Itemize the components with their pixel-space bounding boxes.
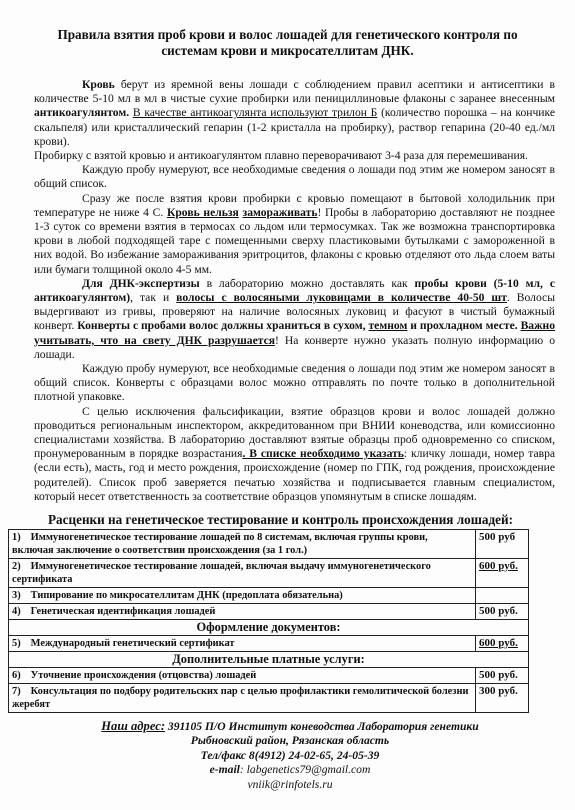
paragraph-falsification: С целью исключения фальсификации, взятие… <box>34 405 555 504</box>
service-cell: 7)Консультация по подбору родительских п… <box>9 684 476 713</box>
email-link-2[interactable]: vniik@rinfotels.ru <box>60 778 520 792</box>
service-number: 4) <box>12 606 21 617</box>
bold-underlined-text: замораживать <box>243 206 318 219</box>
service-name: Уточнение происхождения (отцовства) лоша… <box>31 670 257 681</box>
price-value: 600 руб. <box>479 637 518 649</box>
price-row: 7)Консультация по подбору родительских п… <box>9 684 529 713</box>
service-number: 1) <box>12 532 21 543</box>
document-body: Кровь берут из яремной вены лошади с соб… <box>34 78 555 504</box>
service-number: 6) <box>12 670 21 681</box>
paragraph-numbering: Каждую пробу нумеруют, все необходимые с… <box>34 163 555 191</box>
paragraph-dna: Для ДНК-экспертизы в лабораторию можно д… <box>34 277 555 362</box>
section-row: Дополнительные платные услуги: <box>9 652 529 668</box>
bold-underlined-text: волосы с волосяными луковицами в количес… <box>176 291 507 304</box>
bold-underlined-text: . В списке необходимо указать <box>242 447 403 460</box>
price-cell: 300 руб. <box>476 684 529 713</box>
price-row: 5)Международный генетический сертификат6… <box>9 636 529 652</box>
price-value: 300 руб. <box>479 685 518 697</box>
address-email-line: e-mail: labgenetics79@gmail.com <box>60 763 520 777</box>
service-name: Генетическая идентификация лошадей <box>31 606 216 617</box>
price-cell: 500 руб. <box>476 668 529 684</box>
section-heading: Оформление документов: <box>9 620 529 636</box>
price-cell <box>476 588 529 604</box>
service-cell: 4)Генетическая идентификация лошадей <box>9 604 476 620</box>
document-title: Правила взятия проб крови и волос лошаде… <box>20 27 555 59</box>
service-number: 3) <box>12 590 21 601</box>
bold-text: антикоагулянтом. <box>34 106 129 119</box>
paragraph-blood-collection: Кровь берут из яремной вены лошади с соб… <box>34 78 555 149</box>
address-label: Наш адрес: <box>101 719 165 733</box>
prices-table: 1)Иммуногенетическое тестирование лошаде… <box>8 529 529 713</box>
price-row: 3)Типирование по микросателлитам ДНК (пр… <box>9 588 529 604</box>
service-number: 7) <box>12 686 21 697</box>
text: в лабораторию можно доставлять как <box>200 277 415 290</box>
email-label: e-mail <box>210 763 240 776</box>
price-cell: 600 руб. <box>476 636 529 652</box>
bold-text: Для ДНК-экспертизы <box>82 277 200 290</box>
title-line-2: системам крови и микросателлитам ДНК. <box>20 43 555 59</box>
text: , так и <box>130 291 176 304</box>
paragraph-mixing: Пробирку с взятой кровью и антикоагулянт… <box>34 149 555 163</box>
address-text: 391105 П/О Институт коневодства Лаборато… <box>165 720 479 733</box>
document-page: Правила взятия проб крови и волос лошаде… <box>0 0 575 810</box>
paragraph-storage: Сразу же после взятия крови пробирки с к… <box>34 192 555 277</box>
price-cell: 600 руб. <box>476 559 529 588</box>
section-heading: Дополнительные платные услуги: <box>9 652 529 668</box>
price-row: 4)Генетическая идентификация лошадей500 … <box>9 604 529 620</box>
service-number: 2) <box>12 561 21 572</box>
underlined-text: В качестве антикоагулянта используют три… <box>133 106 377 119</box>
price-value: 500 руб. <box>479 669 518 681</box>
address-phone: Тел/факс 8(4912) 24-02-65, 24-05-39 <box>60 749 520 763</box>
bold-underlined-text: Кровь нельзя <box>167 206 239 219</box>
price-value: 600 руб. <box>479 560 518 572</box>
bold-text: и прохладном месте. <box>407 319 520 332</box>
service-number: 5) <box>12 638 21 649</box>
price-cell: 500 руб <box>476 530 529 559</box>
section-row: Оформление документов: <box>9 620 529 636</box>
price-row: 2)Иммуногенетическое тестирование лошаде… <box>9 559 529 588</box>
service-cell: 6)Уточнение происхождения (отцовства) ло… <box>9 668 476 684</box>
price-row: 6)Уточнение происхождения (отцовства) ло… <box>9 668 529 684</box>
prices-title: Расценки на генетическое тестирование и … <box>48 512 568 528</box>
service-cell: 5)Международный генетический сертификат <box>9 636 476 652</box>
paragraph-envelopes: Каждую пробу нумеруют, все необходимые с… <box>34 362 555 405</box>
title-line-1: Правила взятия проб крови и волос лошаде… <box>20 27 555 43</box>
address-line-1: Наш адрес: 391105 П/О Институт коневодст… <box>60 719 520 734</box>
service-cell: 2)Иммуногенетическое тестирование лошаде… <box>9 559 476 588</box>
price-cell: 500 руб. <box>476 604 529 620</box>
service-name: Консультация по подбору родительских пар… <box>12 686 468 710</box>
service-cell: 1)Иммуногенетическое тестирование лошаде… <box>9 530 476 559</box>
service-name: Типирование по микросателлитам ДНК (пред… <box>31 590 343 601</box>
address-line-2: Рыбновский район, Рязанская область <box>60 734 520 748</box>
price-value: 500 руб. <box>479 605 518 617</box>
bold-text: Кровь <box>82 78 115 91</box>
price-row: 1)Иммуногенетическое тестирование лошаде… <box>9 530 529 559</box>
email-link-1[interactable]: labgenetics79@gmail.com <box>247 763 371 776</box>
service-name: Иммуногенетическое тестирование лошадей … <box>12 532 428 556</box>
service-name: Иммуногенетическое тестирование лошадей,… <box>12 561 431 585</box>
service-name: Международный генетический сертификат <box>31 638 235 649</box>
price-value: 500 руб <box>479 531 515 543</box>
bold-text: Конверты с пробами волос должны хранитьс… <box>77 319 368 332</box>
bold-underlined-text: темном <box>368 319 407 332</box>
service-cell: 3)Типирование по микросателлитам ДНК (пр… <box>9 588 476 604</box>
address-block: Наш адрес: 391105 П/О Институт коневодст… <box>60 719 520 792</box>
